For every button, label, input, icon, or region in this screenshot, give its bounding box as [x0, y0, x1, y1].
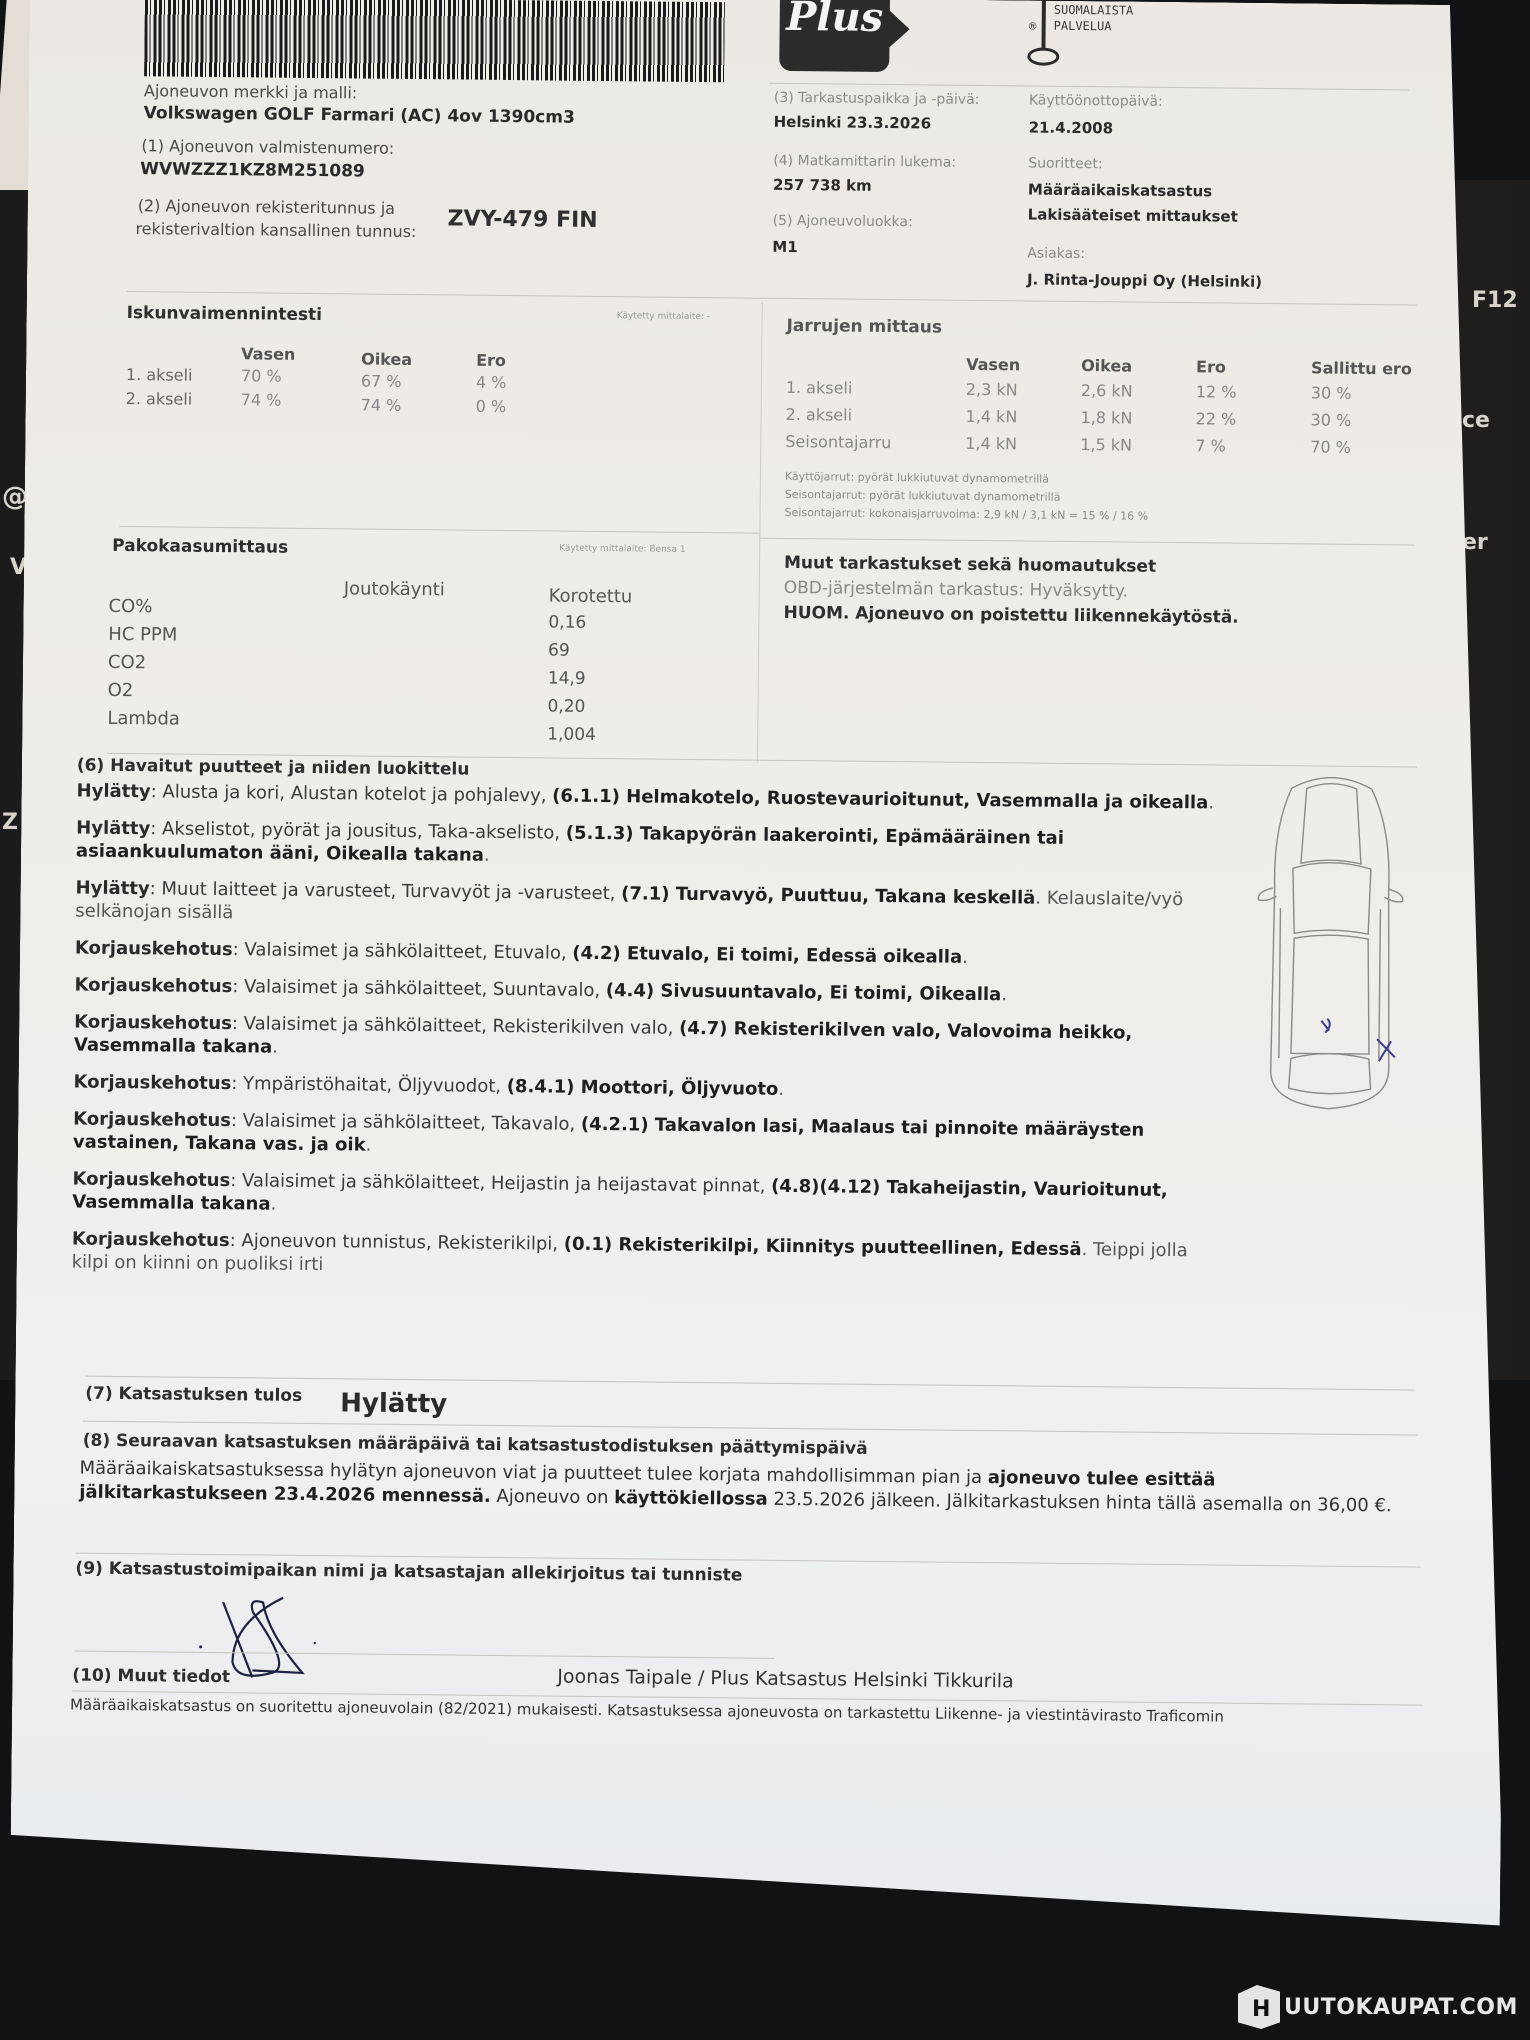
- registered-mark: ®: [1028, 21, 1038, 32]
- raised-value: 1,004: [547, 724, 596, 745]
- row-label: HC PPM: [108, 624, 177, 646]
- row-label: 2. akseli: [785, 405, 852, 425]
- table-cell: 30 %: [1310, 410, 1351, 429]
- defect-code: (0.1) Rekisterikilpi, Kiinnitys puutteel…: [564, 1234, 1082, 1260]
- raised-value: 0,16: [548, 612, 586, 632]
- huutokaupat-watermark: H UUTOKAUPAT.COM: [1238, 1985, 1518, 2029]
- vehicle-class-value: M1: [772, 238, 798, 256]
- defect-item: Korjauskehotus: Valaisimet ja sähkölaitt…: [73, 1108, 1213, 1166]
- defect-class: Korjauskehotus: [74, 975, 232, 998]
- row-label: 1. akseli: [786, 378, 853, 398]
- defect-class: Hylätty: [75, 878, 149, 900]
- defects-section: (6) Havaitut puutteet ja niiden luokitte…: [71, 756, 1217, 1300]
- defect-code: (4.2) Etuvalo, Ei toimi, Edessä oikealla: [572, 943, 962, 968]
- defect-category: : Akselistot, pyörät ja jousitus, Taka-a…: [150, 818, 566, 843]
- exhaust-test-title: Pakokaasumittaus: [112, 536, 288, 558]
- brake-test-title: Jarrujen mittaus: [786, 316, 942, 338]
- obd-check-result: OBD-järjestelmän tarkastus: Hyväksytty.: [784, 578, 1128, 602]
- defect-remark: .: [270, 1194, 276, 1215]
- column-header: Oikea: [1081, 356, 1132, 376]
- brake-note: Seisontajarrut: pyörät lukkiutuvat dynam…: [785, 488, 1061, 504]
- table-cell: 1,8 kN: [1080, 408, 1132, 428]
- table-cell: 22 %: [1195, 409, 1236, 428]
- registration-value: ZVY-479 FIN: [447, 206, 597, 233]
- defect-remark: .: [962, 947, 968, 968]
- defect-class: Korjauskehotus: [73, 1072, 231, 1095]
- partner-logo-line: PALVELUA: [1054, 18, 1134, 35]
- defect-code: (4.4) Sivusuuntavalo, Ei toimi, Oikealla: [606, 980, 1002, 1005]
- table-cell: 67 %: [361, 371, 402, 390]
- shock-test-title: Iskunvaimennintesti: [127, 303, 323, 325]
- row-label: O2: [108, 680, 134, 701]
- service-item: Lakisääteiset mittaukset: [1028, 205, 1238, 225]
- keyboard-key-fragment: ce: [1462, 408, 1490, 433]
- watermark-text: UUTOKAUPAT.COM: [1284, 1995, 1518, 2020]
- next-inspection-title: (8) Seuraavan katsastuksen määräpäivä ta…: [83, 1431, 868, 1459]
- defect-class: Korjauskehotus: [74, 1012, 232, 1035]
- odometer-value: 257 738 km: [773, 176, 872, 195]
- table-cell: 12 %: [1196, 382, 1237, 401]
- defect-remark: .: [1001, 984, 1007, 1005]
- text-span: Ajoneuvo on: [491, 1486, 615, 1508]
- column-header: Ero: [1196, 357, 1226, 376]
- deregistered-notice: HUOM. Ajoneuvo on poistettu liikennekäyt…: [783, 603, 1238, 628]
- table-cell: 74 %: [361, 395, 402, 414]
- brake-note: Käyttöjarrut: pyörät lukkiutuvat dynamom…: [785, 470, 1049, 486]
- defect-category: : Valaisimet ja sähkölaitteet, Heijastin…: [230, 1170, 771, 1197]
- defect-item: Korjauskehotus: Valaisimet ja sähkölaitt…: [75, 937, 1215, 972]
- raised-value: 14,9: [548, 668, 586, 688]
- registration-label-line2: rekisterivaltion kansallinen tunnus:: [135, 219, 416, 241]
- shock-test-table: VasenOikeaEro1. akseli70 %67 %4 %2. akse…: [125, 343, 686, 429]
- partner-logo-line: SUOMALAISTA: [1054, 2, 1134, 19]
- signature-title: (9) Katsastustoimipaikan nimi ja katsast…: [75, 1559, 742, 1586]
- defect-item: Korjauskehotus: Valaisimet ja sähkölaitt…: [72, 1168, 1212, 1226]
- defect-code: (8.4.1) Moottori, Öljyvuoto: [507, 1076, 779, 1100]
- defect-class: Korjauskehotus: [72, 1229, 230, 1252]
- next-inspection-text: Määräaikaiskatsastuksessa hylätyn ajoneu…: [79, 1457, 1399, 1519]
- raised-value: 69: [548, 640, 570, 660]
- plus-logo-text: Plus: [786, 0, 883, 41]
- defect-code: (6.1.1) Helmakotelo, Ruostevaurioitunut,…: [552, 786, 1208, 814]
- column-header: Oikea: [361, 349, 412, 369]
- partner-logo-text: SUOMALAISTA PALVELUA: [1054, 2, 1134, 35]
- column-header: Korotettu: [549, 585, 633, 607]
- defect-category: : Valaisimet ja sähkölaitteet, Rekisteri…: [232, 1013, 679, 1039]
- make-model-label: Ajoneuvon merkki ja malli:: [144, 81, 357, 102]
- place-date-label: (3) Tarkastuspaikka ja -päivä:: [774, 90, 980, 108]
- defect-class: Korjauskehotus: [72, 1169, 230, 1192]
- defect-item: Hylätty: Akselistot, pyörät ja jousitus,…: [76, 817, 1216, 875]
- defect-remark: .: [484, 845, 490, 866]
- table-cell: 2,6 kN: [1081, 381, 1133, 401]
- defect-category: : Muut laitteet ja varusteet, Turvavyöt …: [150, 878, 622, 904]
- keyboard-key-z: Z: [2, 810, 18, 835]
- registration-label-line1: (2) Ajoneuvon rekisteritunnus ja: [138, 196, 395, 218]
- inspector-name: Joonas Taipale / Plus Katsastus Helsinki…: [557, 1666, 1014, 1693]
- keyboard-key-fragment: er: [1462, 530, 1488, 555]
- column-header: Vasen: [966, 355, 1020, 375]
- divider: [75, 1651, 775, 1659]
- result-label: (7) Katsastuksen tulos: [85, 1384, 302, 1406]
- table-cell: 1,4 kN: [965, 434, 1017, 454]
- first-use-value: 21.4.2008: [1029, 118, 1114, 137]
- shock-test-device-note: Käytetty mittalaite: -: [617, 311, 711, 322]
- keyboard-key-at: @: [2, 482, 28, 512]
- plus-logo: Plus: [779, 0, 890, 72]
- raised-value: 0,20: [547, 696, 585, 716]
- odometer-label: (4) Matkamittarin lukema:: [773, 153, 956, 171]
- defect-remark: .: [778, 1079, 784, 1100]
- first-use-label: Käyttöönottopäivä:: [1029, 92, 1163, 109]
- customer-label: Asiakas:: [1027, 245, 1085, 262]
- column-header: Ero: [476, 351, 506, 370]
- defect-item: Korjauskehotus: Valaisimet ja sähkölaitt…: [74, 1011, 1214, 1069]
- defect-item: Hylätty: Muut laitteet ja varusteet, Tur…: [75, 877, 1215, 935]
- column-header: Joutokäynti: [344, 578, 445, 600]
- table-cell: 1,4 kN: [965, 407, 1017, 427]
- table-cell: 0 %: [476, 397, 507, 416]
- column-header: Vasen: [241, 344, 295, 364]
- exhaust-test-device-note: Käytetty mittalaite: Bensa 1: [559, 544, 686, 555]
- plus-logo-arrow-icon: [887, 9, 909, 49]
- other-checks-title: Muut tarkastukset sekä huomautukset: [784, 553, 1156, 577]
- defect-category: : Ajoneuvon tunnistus, Rekisterikilpi,: [230, 1230, 564, 1254]
- row-label: CO2: [108, 652, 146, 673]
- divider: [127, 291, 1417, 306]
- defect-item: Korjauskehotus: Valaisimet ja sähkölaitt…: [74, 974, 1214, 1009]
- defect-remark: .: [366, 1135, 372, 1156]
- watermark-box-letter: H: [1252, 1997, 1270, 2022]
- row-label: Lambda: [107, 708, 180, 730]
- defect-item: Korjauskehotus: Ajoneuvon tunnistus, Rek…: [72, 1228, 1212, 1286]
- row-label: 2. akseli: [126, 389, 193, 409]
- table-cell: 74 %: [241, 390, 282, 409]
- defect-code: (7.1) Turvavyö, Puuttuu, Takana keskellä: [621, 883, 1035, 908]
- table-cell: 4 %: [476, 373, 507, 392]
- exhaust-test-table: JoutokäyntiKorotettuCO%0,16HC PPM69CO214…: [107, 576, 709, 757]
- vehicle-class-label: (5) Ajoneuvoluokka:: [773, 213, 913, 230]
- column-header: Sallittu ero: [1311, 358, 1412, 378]
- defect-remark: .: [1208, 792, 1214, 813]
- row-label: CO%: [108, 596, 152, 617]
- defect-item: Korjauskehotus: Ympäristöhaitat, Öljyvuo…: [73, 1071, 1213, 1106]
- defect-remark: .: [272, 1037, 278, 1058]
- huutokaupat-box-icon: H: [1238, 1985, 1280, 2029]
- vin-label: (1) Ajoneuvon valmistenumero:: [141, 136, 394, 158]
- text-span-bold: käyttökiellossa: [614, 1487, 768, 1510]
- defect-class: Korjauskehotus: [75, 938, 233, 961]
- defect-category: : Alusta ja kori, Alustan kotelot ja poh…: [151, 781, 553, 806]
- car-damage-diagram: [1248, 768, 1412, 1120]
- other-info-title: (10) Muut tiedot: [72, 1666, 230, 1688]
- defect-category: : Valaisimet ja sähkölaitteet, Etuvalo,: [233, 939, 573, 964]
- divider: [119, 526, 759, 534]
- make-model-value: Volkswagen GOLF Farmari (AC) 4ov 1390cm3: [144, 103, 575, 128]
- table-cell: 30 %: [1311, 383, 1352, 402]
- services-label: Suoritteet:: [1028, 155, 1103, 172]
- place-date-value: Helsinki 23.3.2026: [774, 113, 932, 133]
- defect-class: Korjauskehotus: [73, 1109, 231, 1132]
- keyboard-key-f12: F12: [1472, 288, 1518, 313]
- defect-class: Hylätty: [76, 818, 150, 840]
- row-label: Seisontajarru: [785, 432, 891, 452]
- defect-category: : Valaisimet ja sähkölaitteet, Suuntaval…: [232, 976, 606, 1001]
- divider: [759, 538, 1414, 546]
- table-cell: 1,5 kN: [1080, 435, 1132, 455]
- service-item: Määräaikaiskatsastus: [1028, 180, 1212, 200]
- table-cell: 70 %: [1310, 437, 1351, 456]
- brake-note: Seisontajarrut: kokonaisjarruvoima: 2,9 …: [785, 506, 1149, 523]
- vin-value: WVWZZZ1KZ8M251089: [140, 159, 365, 181]
- table-cell: 70 %: [241, 366, 282, 385]
- defect-category: : Ympäristöhaitat, Öljyvuodot,: [231, 1073, 507, 1097]
- customer-value: J. Rinta-Jouppi Oy (Helsinki): [1027, 270, 1262, 290]
- defect-list: Hylätty: Alusta ja kori, Alustan kotelot…: [72, 780, 1217, 1286]
- barcode: [144, 0, 725, 82]
- brake-test-table: VasenOikeaEroSallittu ero1. akseli2,3 kN…: [785, 353, 1426, 460]
- result-value: Hylätty: [340, 1388, 447, 1419]
- table-cell: 7 %: [1195, 436, 1226, 455]
- row-label: 1. akseli: [126, 365, 193, 385]
- text-span: 23.5.2026 jälkeen. Jälkitarkastuksen hin…: [768, 1489, 1392, 1517]
- divider: [769, 83, 1409, 91]
- table-cell: 2,3 kN: [966, 380, 1018, 400]
- defect-class: Hylätty: [77, 781, 151, 803]
- defect-category: : Valaisimet ja sähkölaitteet, Takavalo,: [231, 1110, 581, 1135]
- inspection-certificate: Plus ® SUOMALAISTA PALVELUA Ajoneuvon me…: [10, 0, 1520, 1925]
